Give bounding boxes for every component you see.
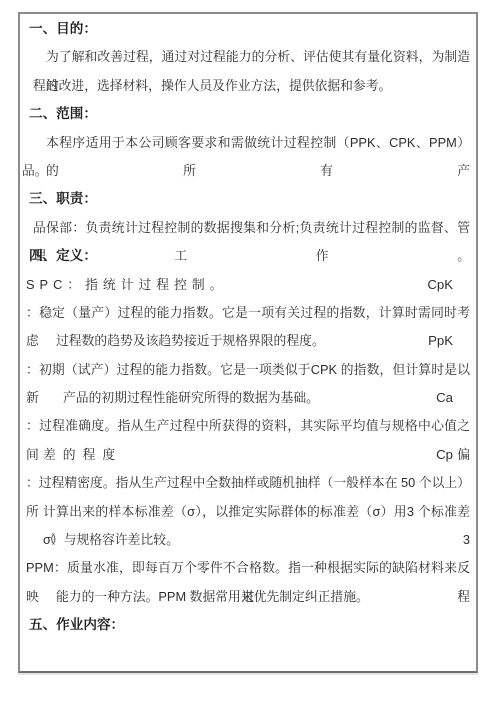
definition-ppk-text-2: 产品的初期过程性能研究所得的数据为基础。 [63,384,319,412]
definition-spc-text: SPC：指统计过程控制。 [26,271,227,299]
heading-responsibility: 三、职责： [29,185,470,213]
term-label-cpk: CpK [427,271,453,299]
definition-ppk-row-2: 产品的初期过程性能研究所得的数据为基础。 Ca [26,384,470,412]
term-label-ca: Ca [436,384,453,412]
document-page: 一、目的： 为了解和改善过程，通过对过程能力的分析、评估使其有量化资料，为制造过… [0,0,500,707]
purpose-line-1: 为了解和改善过程，通过对过程能力的分析、评估使其有量化资料，为制造过 [46,43,470,71]
definition-cp-line-1: ：过程精密度。指从生产过程中全数抽样或随机抽样（一般样本在 50 个以上）所 [26,469,470,497]
definition-cp-line-2: 计算出来的样本标准差（σ），以推定实际群体的标准差（σ）用3 个标准差（3 [43,498,470,526]
responsibility-line: 品保部：负责统计过程控制的数据搜集和分析;负责统计过程控制的监督、管理工作。 [33,214,470,242]
definition-spc-row: SPC：指统计过程控制。 CpK [26,271,470,299]
definition-cpk-row-2: 过程数的趋势及该趋势接近于规格界限的程度。 PpK [26,327,470,355]
heading-procedure: 五、作业内容： [29,611,470,639]
definition-ppk-line-1: ：初期（试产）过程的能力指数。它是一项类似于CPK 的指数，但计算时是以新 [26,356,470,384]
definition-cpk-line-1: ：稳定（量产）过程的能力指数。它是一项有关过程的指数，计算时需同时考虑 [26,299,470,327]
purpose-line-2: 程的改进，选择材料，操作人员及作业方法，提供依据和参考。 [33,72,470,100]
definition-cpk-text-2: 过程数的趋势及该趋势接近于规格界限的程度。 [56,327,325,355]
scope-line-1: 本程序适用于本公司顾客要求和需做统计过程控制（PPK、CPK、PPM）的所有产 [46,129,470,157]
definition-ppm-line-1: PPM：质量水准，即每百万个零件不合格数。指一种根据实际的缺陷材料来反映过程 [26,554,470,582]
term-label-cp: Cp [436,441,453,469]
document-frame: 一、目的： 为了解和改善过程，通过对过程能力的分析、评估使其有量化资料，为制造过… [18,12,478,673]
definition-ca-line-1: ：过程准确度。指从生产过程中所获得的资料，其实际平均值与规格中心值之间偏 [26,412,470,440]
heading-purpose: 一、目的： [29,15,470,43]
heading-scope: 二、范围： [29,100,470,128]
term-label-ppk: PpK [428,327,453,355]
definition-ca-text-2: 差的程度 [43,441,122,469]
